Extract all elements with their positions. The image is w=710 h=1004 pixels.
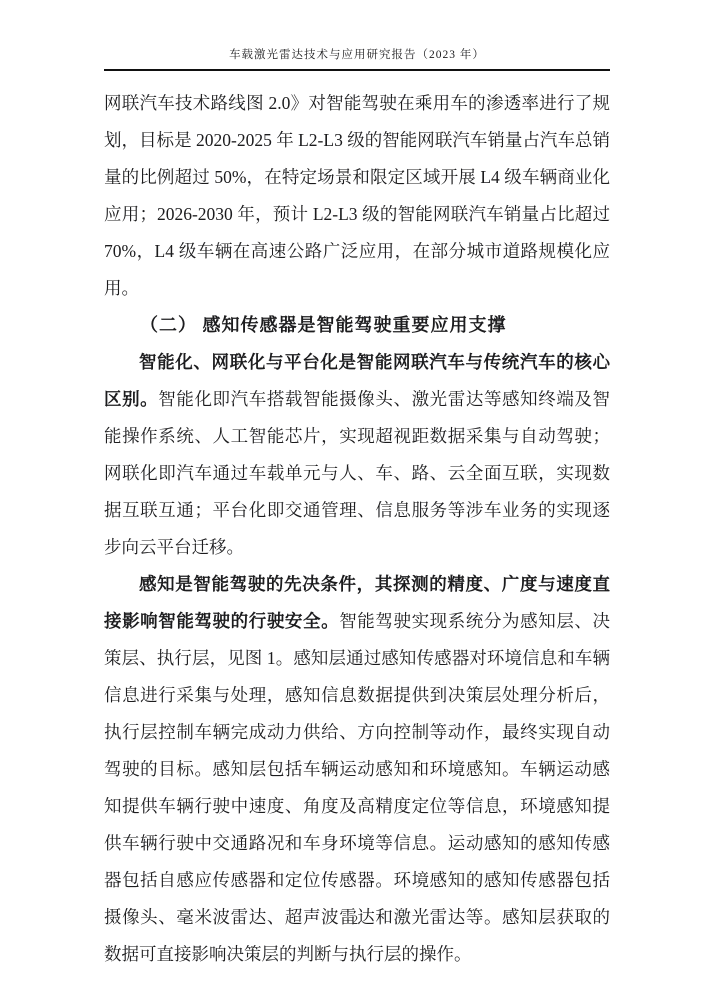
page-footer: 2	[0, 911, 710, 929]
page-number: 2	[352, 913, 358, 927]
paragraph-1: 网联汽车技术路线图 2.0》对智能驾驶在乘用车的渗透率进行了规划，目标是 202…	[104, 85, 610, 307]
paragraph-2-text: 智能化即汽车搭载智能摄像头、激光雷达等感知终端及智能操作系统、人工智能芯片，实现…	[104, 389, 610, 557]
section-heading: （二） 感知传感器是智能驾驶重要应用支撑	[104, 307, 610, 344]
header-title: 车载激光雷达技术与应用研究报告（2023 年）	[104, 46, 610, 69]
header-rule	[104, 69, 610, 71]
document-body: 网联汽车技术路线图 2.0》对智能驾驶在乘用车的渗透率进行了规划，目标是 202…	[104, 85, 610, 973]
page-header: 车载激光雷达技术与应用研究报告（2023 年）	[104, 46, 610, 71]
document-page: 车载激光雷达技术与应用研究报告（2023 年） 网联汽车技术路线图 2.0》对智…	[0, 0, 710, 1004]
paragraph-2: 智能化、网联化与平台化是智能网联汽车与传统汽车的核心区别。智能化即汽车搭载智能摄…	[104, 344, 610, 566]
